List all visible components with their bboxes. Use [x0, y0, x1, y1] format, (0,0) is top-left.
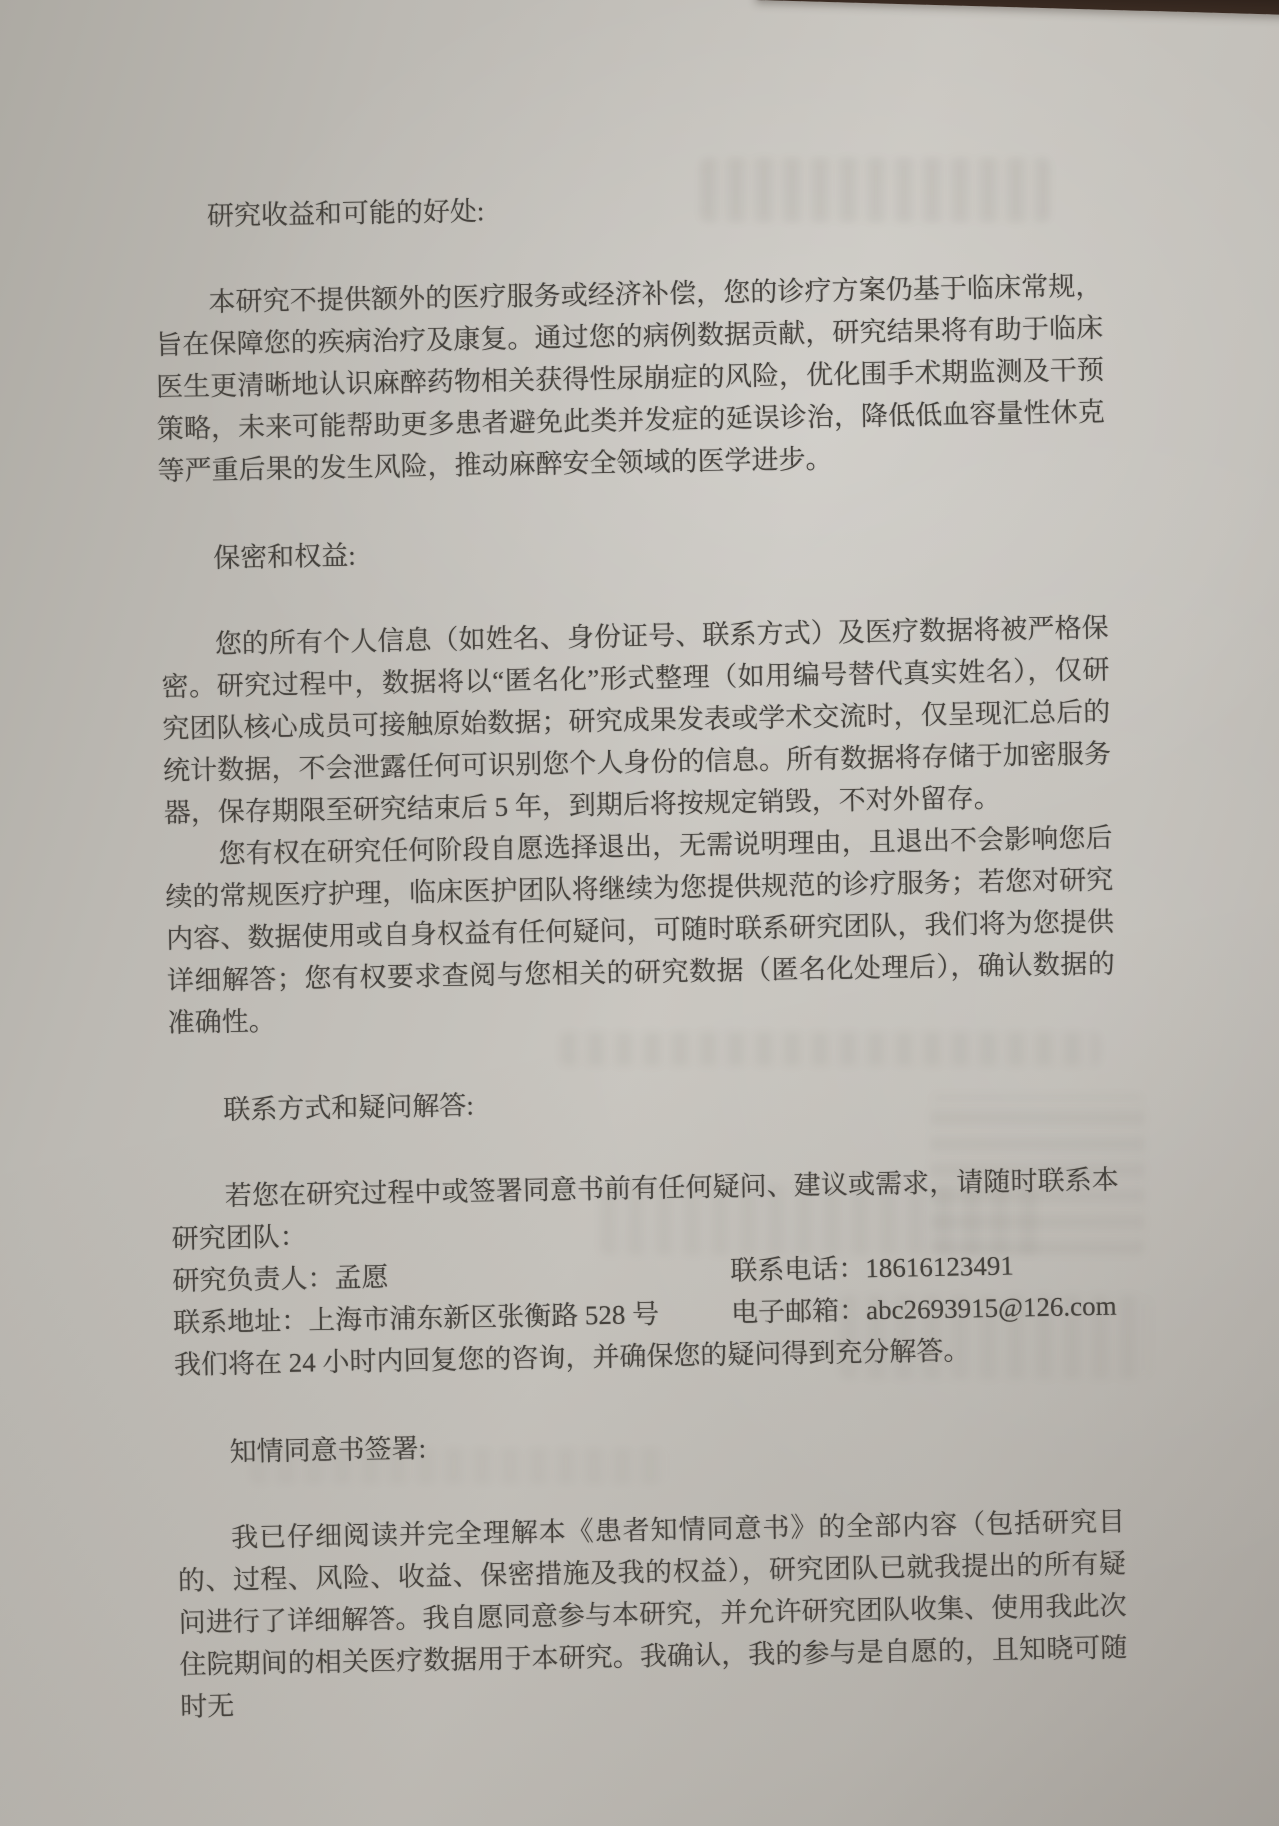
consent-form-text: 研究收益和可能的好处: 本研究不提供额外的医疗服务或经济补偿，您的诊疗方案仍基于… [153, 179, 1129, 1728]
document-photo: 研究收益和可能的好处: 本研究不提供额外的医疗服务或经济补偿，您的诊疗方案仍基于… [0, 0, 1279, 1826]
research-leader-label: 研究负责人： [172, 1263, 335, 1296]
section-heading-contact: 联系方式和疑问解答: [169, 1073, 1118, 1132]
benefits-paragraph: 本研究不提供额外的医疗服务或经济补偿，您的诊疗方案仍基于临床常规，旨在保障您的疾… [154, 265, 1106, 492]
email-label: 电子邮箱： [731, 1295, 867, 1327]
section-heading-privacy: 保密和权益: [159, 521, 1108, 580]
privacy-paragraph-1: 您的所有个人信息（如姓名、身份证号、联系方式）及医疗数据将被严格保密。研究过程中… [160, 607, 1112, 834]
research-leader-value: 孟愿 [334, 1262, 389, 1293]
privacy-paragraph-2: 您有权在研究任何阶段自愿选择退出，无需说明理由，且退出不会影响您后续的常规医疗护… [164, 817, 1116, 1044]
signature-paragraph: 我已仔细阅读并完全理解本《患者知情同意书》的全部内容（包括研究目的、过程、风险、… [177, 1501, 1129, 1728]
phone-label: 联系电话： [730, 1253, 866, 1285]
email-value: abc2693915@126.com [866, 1291, 1117, 1326]
phone-value: 18616123491 [865, 1251, 1014, 1284]
section-heading-signature: 知情同意书签署: [175, 1415, 1124, 1474]
address-label: 联系地址： [173, 1305, 309, 1337]
address-value: 上海市浦东新区张衡路 528 号 [308, 1299, 659, 1335]
paper-sheet: 研究收益和可能的好处: 本研究不提供额外的医疗服务或经济补偿，您的诊疗方案仍基于… [0, 0, 1279, 1826]
section-heading-benefits: 研究收益和可能的好处: [153, 179, 1102, 238]
